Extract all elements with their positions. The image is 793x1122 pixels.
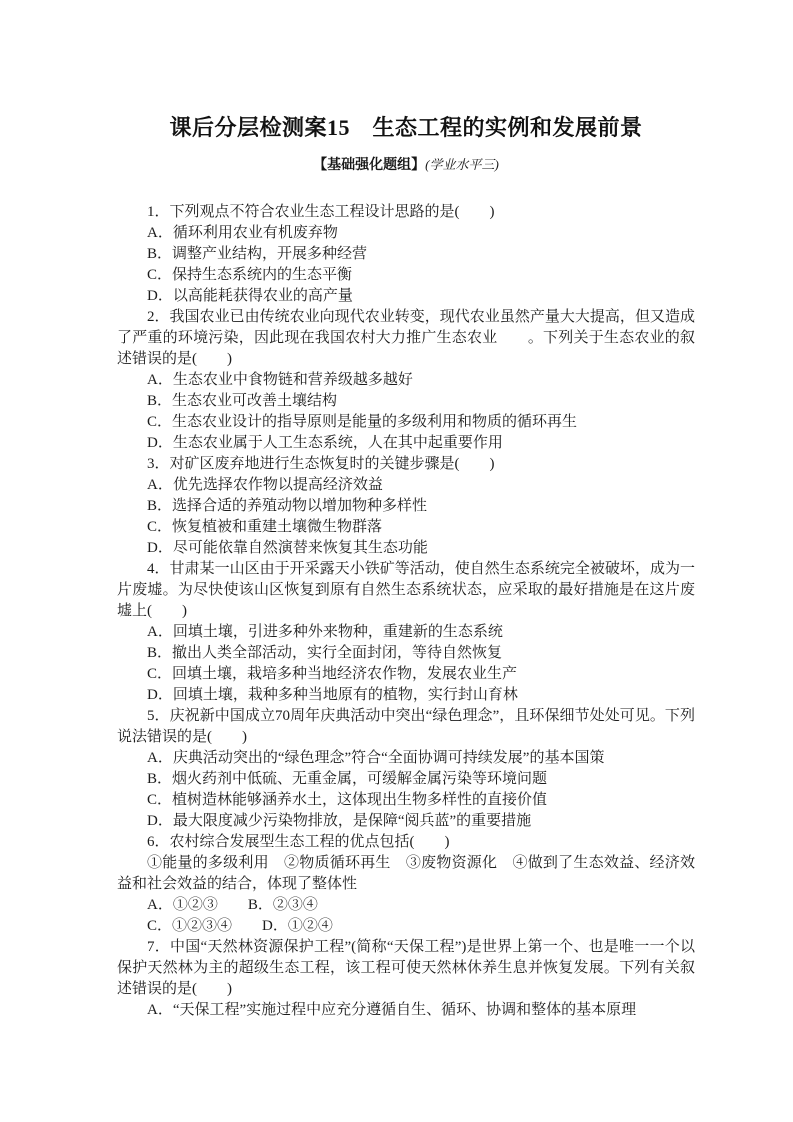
answer-option-b: B．生态农业可改善土壤结构 xyxy=(117,391,695,412)
answer-option-d: D．生态农业属于人工生态系统，人在其中起重要作用 xyxy=(117,433,695,454)
question-1: 1．下列观点不符合农业生态工程设计思路的是( ) A．循环利用农业有机废弃物 B… xyxy=(117,202,695,307)
answer-option-a: A．“天保工程”实施过程中应充分遵循自生、循环、协调和整体的基本原理 xyxy=(117,1000,695,1021)
text-column: 课后分层检测案15 生态工程的实例和发展前景 【基础强化题组】(学业水平三) 1… xyxy=(117,113,695,1021)
answer-option-b: B．选择合适的养殖动物以增加物种多样性 xyxy=(117,496,695,517)
question-7: 7．中国“天然林资源保护工程”(简称“天保工程”)是世界上第一个、也是唯一一个以… xyxy=(117,937,695,1021)
question-stem: 5．庆祝新中国成立70周年庆典活动中突出“绿色理念”，且环保细节处处可见。下列说… xyxy=(117,706,695,748)
answer-option-row-ab: A．①②③ B．②③④ xyxy=(117,895,695,916)
question-stem: 2．我国农业已由传统农业向现代农业转变，现代农业虽然产量大大提高，但又造成了严重… xyxy=(117,307,695,370)
answer-option-c: C．恢复植被和重建土壤微生物群落 xyxy=(117,517,695,538)
answer-option-d: D．尽可能依靠自然演替来恢复其生态功能 xyxy=(117,538,695,559)
answer-option-a: A．回填土壤，引进多种外来物种，重建新的生态系统 xyxy=(117,622,695,643)
answer-option-c: C．生态农业设计的指导原则是能量的多级利用和物质的循环再生 xyxy=(117,412,695,433)
question-stem: 3．对矿区废弃地进行生态恢复时的关键步骤是( ) xyxy=(117,454,695,475)
answer-option-a: A．生态农业中食物链和营养级越多越好 xyxy=(117,370,695,391)
answer-option-b: B．烟火药剂中低硫、无重金属，可缓解金属污染等环境问题 xyxy=(117,769,695,790)
answer-option-b: B．撤出人类全部活动，实行全面封闭，等待自然恢复 xyxy=(117,643,695,664)
section-group-label: 【基础强化题组】 xyxy=(313,158,425,173)
answer-option-a: A．循环利用农业有机废弃物 xyxy=(117,223,695,244)
worksheet-page: 课后分层检测案15 生态工程的实例和发展前景 【基础强化题组】(学业水平三) 1… xyxy=(0,0,793,1122)
answer-option-c: C．植树造林能够涵养水土，这体现出生物多样性的直接价值 xyxy=(117,790,695,811)
question-4: 4．甘肃某一山区由于开采露天小铁矿等活动，使自然生态系统完全被破坏，成为一片废墟… xyxy=(117,559,695,706)
answer-option-b: B．调整产业结构，开展多种经营 xyxy=(117,244,695,265)
answer-option-d: D．回填土壤，栽种多种当地原有的植物，实行封山育林 xyxy=(117,685,695,706)
answer-option-c: C．回填土壤，栽培多种当地经济农作物，发展农业生产 xyxy=(117,664,695,685)
question-6: 6．农村综合发展型生态工程的优点包括( ) ①能量的多级利用 ②物质循环再生 ③… xyxy=(117,832,695,937)
answer-option-d: D．最大限度减少污染物排放，是保障“阅兵蓝”的重要措施 xyxy=(117,811,695,832)
question-stem: 4．甘肃某一山区由于开采露天小铁矿等活动，使自然生态系统完全被破坏，成为一片废墟… xyxy=(117,559,695,622)
answer-option-a: A．优先选择农作物以提高经济效益 xyxy=(117,475,695,496)
question-5: 5．庆祝新中国成立70周年庆典活动中突出“绿色理念”，且环保细节处处可见。下列说… xyxy=(117,706,695,832)
page-title: 课后分层检测案15 生态工程的实例和发展前景 xyxy=(117,113,695,143)
section-header: 【基础强化题组】(学业水平三) xyxy=(117,155,695,176)
question-stem: 6．农村综合发展型生态工程的优点包括( ) xyxy=(117,832,695,853)
question-3: 3．对矿区废弃地进行生态恢复时的关键步骤是( ) A．优先选择农作物以提高经济效… xyxy=(117,454,695,559)
answer-option-row-cd: C．①②③④ D．①②④ xyxy=(117,916,695,937)
question-numbered-statements: ①能量的多级利用 ②物质循环再生 ③废物资源化 ④做到了生态效益、经济效益和社会… xyxy=(117,853,695,895)
question-stem: 1．下列观点不符合农业生态工程设计思路的是( ) xyxy=(117,202,695,223)
answer-option-c: C．保持生态系统内的生态平衡 xyxy=(117,265,695,286)
question-2: 2．我国农业已由传统农业向现代农业转变，现代农业虽然产量大大提高，但又造成了严重… xyxy=(117,307,695,454)
answer-option-d: D．以高能耗获得农业的高产量 xyxy=(117,286,695,307)
section-level-note: (学业水平三) xyxy=(425,157,499,172)
question-stem: 7．中国“天然林资源保护工程”(简称“天保工程”)是世界上第一个、也是唯一一个以… xyxy=(117,937,695,1000)
answer-option-a: A．庆典活动突出的“绿色理念”符合“全面协调可持续发展”的基本国策 xyxy=(117,748,695,769)
